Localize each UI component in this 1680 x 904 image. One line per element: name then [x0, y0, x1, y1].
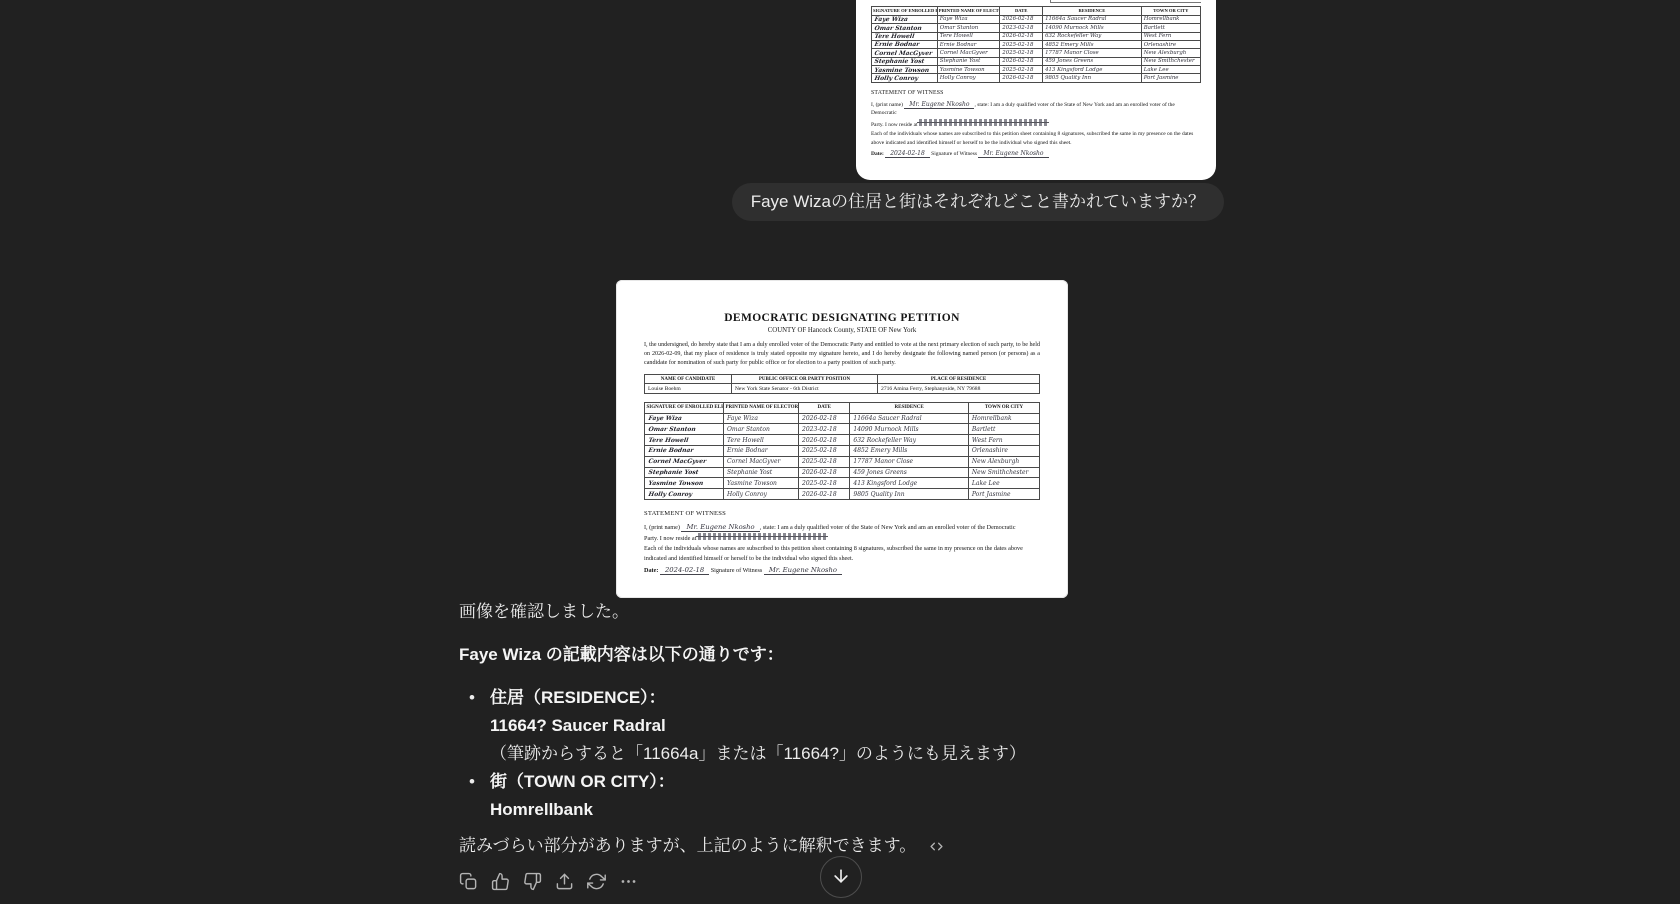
- signature-cell: Cornel MacGyver: [871, 49, 938, 57]
- residence-cell: 11664a Saucer Radral: [850, 413, 969, 424]
- town-cell: New Alexburgh: [1141, 49, 1200, 57]
- bullet-value: 11664? Saucer Radral: [490, 712, 1229, 740]
- date-cell: 2023-02-18: [799, 424, 850, 435]
- signature-cell: Holly Conroy: [871, 74, 938, 82]
- printed-name-cell: Yasmine Towson: [937, 66, 1000, 74]
- thumbs-up-button[interactable]: [487, 868, 514, 895]
- witness-name-handwritten: Mr. Eugene Nkosho: [904, 101, 974, 109]
- candidate-column-header: PLACE OF RESIDENCE: [878, 375, 1040, 384]
- elector-table: SIGNATURE OF ENROLLED ELECTORPRINTED NAM…: [644, 402, 1040, 500]
- elector-row: Cornel MacGyver Cornel MacGyver 2025-02-…: [645, 456, 1040, 467]
- residence-cell: 17787 Manor Close: [1043, 49, 1142, 57]
- candidate-column-header: PUBLIC OFFICE OR PARTY POSITION: [731, 375, 877, 384]
- assistant-bullet-list: • 住居（RESIDENCE）： 11664? Saucer Radral （筆…: [459, 684, 1229, 824]
- signature-cell: Ernie Bodnar: [644, 445, 725, 456]
- town-cell: West Fern: [1141, 32, 1200, 40]
- date-cell: 2025-02-18: [799, 456, 850, 467]
- elector-row: Stephanie Yost Stephanie Yost 2026-02-18…: [872, 57, 1201, 65]
- elector-row: Tere Howell Tere Howell 2026-02-18 632 R…: [645, 435, 1040, 446]
- date-cell: 2023-02-18: [1000, 24, 1043, 32]
- signature-cell: Ernie Bodnar: [871, 40, 938, 48]
- town-cell: Port Jasmine: [968, 489, 1039, 500]
- elector-row: Omar Stanton Omar Stanton 2023-02-18 140…: [872, 24, 1201, 32]
- date-cell: 2025-02-18: [799, 478, 850, 489]
- elector-row: Ernie Bodnar Ernie Bodnar 2025-02-18 485…: [872, 40, 1201, 48]
- signature-cell: Cornel MacGyver: [644, 456, 725, 467]
- elector-column-header: TOWN OR CITY: [968, 403, 1039, 414]
- bullet-note: （筆跡からすると「11664a」または「11664?」のようにも見えます）: [490, 740, 1229, 768]
- signature-cell: Yasmine Towson: [644, 478, 725, 489]
- elector-row: Holly Conroy Holly Conroy 2026-02-18 980…: [872, 74, 1201, 82]
- printed-name-cell: Ernie Bodnar: [937, 40, 1000, 48]
- date-cell: 2025-02-18: [1000, 66, 1043, 74]
- witness-body: Each of the individuals whose names are …: [644, 544, 1040, 563]
- residence-cell: 11664a Saucer Radral: [1043, 15, 1142, 23]
- residence-cell: 14090 Murnock Mills: [850, 424, 969, 435]
- residence-cell: 632 Rockefeller Way: [1043, 32, 1142, 40]
- date-cell: 2026-02-18: [1000, 15, 1043, 23]
- town-cell: New Smithchester: [968, 467, 1039, 478]
- regenerate-icon: [587, 872, 606, 891]
- regenerate-button[interactable]: [583, 868, 610, 895]
- date-cell: 2026-02-18: [1000, 74, 1043, 82]
- code-brackets-icon[interactable]: [930, 834, 943, 862]
- town-cell: Orlenashire: [1141, 40, 1200, 48]
- statement-of-witness: STATEMENT OF WITNESS I, (print name) Mr.…: [644, 509, 1040, 575]
- printed-name-cell: Stephanie Yost: [937, 57, 1000, 65]
- residence-cell: 14090 Murnock Mills: [1043, 24, 1142, 32]
- printed-name-cell: Yasmine Towson: [724, 478, 799, 489]
- elector-column-header: RESIDENCE: [1043, 7, 1142, 16]
- town-cell: Bartlett: [968, 424, 1039, 435]
- candidate-column-header: NAME OF CANDIDATE: [645, 375, 732, 384]
- printed-name-cell: Holly Conroy: [937, 74, 1000, 82]
- signature-cell: Stephanie Yost: [644, 467, 725, 478]
- thumbs-down-button[interactable]: [519, 868, 546, 895]
- date-cell: 2026-02-18: [799, 435, 850, 446]
- printed-name-cell: Faye Wiza: [724, 413, 799, 424]
- signature-cell: Omar Stanton: [871, 24, 938, 32]
- elector-column-header: TOWN OR CITY: [1141, 7, 1200, 16]
- residence-cell: 632 Rockefeller Way: [850, 435, 969, 446]
- cropped-table-edge: [1050, 2, 1201, 3]
- candidate-table: NAME OF CANDIDATEPUBLIC OFFICE OR PARTY …: [644, 374, 1040, 394]
- town-cell: Bartlett: [1141, 24, 1200, 32]
- date-cell: 2025-02-18: [799, 445, 850, 456]
- witness-line2: Party. I now reside at: [871, 122, 918, 128]
- date-label: Date:: [871, 151, 884, 157]
- bullet-value: Homrellbank: [490, 796, 1229, 824]
- petition-preamble: I, the undersigned, do hereby state that…: [644, 341, 1040, 368]
- witness-line1: I, (print name): [871, 102, 903, 108]
- thumbs-down-icon: [523, 872, 542, 891]
- elector-column-header: SIGNATURE OF ENROLLED ELECTOR: [645, 403, 724, 414]
- signature-cell: Stephanie Yost: [871, 57, 938, 65]
- user-message-text: Faye Wizaの住居と街はそれぞれどこと書かれていますか？: [751, 192, 1205, 211]
- thumbs-up-icon: [491, 872, 510, 891]
- arrow-down-icon: [831, 866, 851, 889]
- town-cell: Homrellbank: [1141, 15, 1200, 23]
- bullet-marker: •: [469, 768, 475, 796]
- message-action-bar: [455, 868, 642, 895]
- witness-heading: STATEMENT OF WITNESS: [644, 509, 1040, 519]
- date-cell: 2026-02-18: [1000, 32, 1043, 40]
- printed-name-cell: Holly Conroy: [724, 489, 799, 500]
- residence-cell: 4852 Emery Mills: [1043, 40, 1142, 48]
- signature-cell: Tere Howell: [644, 435, 725, 446]
- bullet-item-town: • 街（TOWN OR CITY）： Homrellbank: [459, 768, 1229, 824]
- residence-cell: 413 Kingsford Lodge: [850, 478, 969, 489]
- bullet-label: 街（TOWN OR CITY）：: [490, 768, 1229, 796]
- residence-cell: 9805 Quality Inn: [850, 489, 969, 500]
- elector-column-header: RESIDENCE: [850, 403, 969, 414]
- elector-row: Faye Wiza Faye Wiza 2026-02-18 11664a Sa…: [872, 15, 1201, 23]
- signature-cell: Yasmine Towson: [871, 66, 938, 74]
- signature-cell: Faye Wiza: [644, 413, 725, 424]
- share-button[interactable]: [551, 868, 578, 895]
- date-cell: 2026-02-18: [799, 467, 850, 478]
- residence-cell: 459 Jones Greens: [850, 467, 969, 478]
- elector-row: Ernie Bodnar Ernie Bodnar 2025-02-18 485…: [645, 445, 1040, 456]
- more-icon: [619, 872, 638, 891]
- signature-cell: Faye Wiza: [871, 15, 938, 23]
- printed-name-cell: Tere Howell: [937, 32, 1000, 40]
- candidate-office-cell: New York State Senator - 6th District: [731, 384, 877, 394]
- town-cell: Orlenashire: [968, 445, 1039, 456]
- uploaded-image-card[interactable]: SIGNATURE OF ENROLLED ELECTORPRINTED NAM…: [856, 0, 1216, 180]
- printed-name-cell: Ernie Bodnar: [724, 445, 799, 456]
- date-handwritten: 2024-02-18: [885, 150, 930, 158]
- residence-cell: 413 Kingsford Lodge: [1043, 66, 1142, 74]
- share-icon: [555, 872, 574, 891]
- elector-row: Stephanie Yost Stephanie Yost 2026-02-18…: [645, 467, 1040, 478]
- printed-name-cell: Stephanie Yost: [724, 467, 799, 478]
- town-cell: New Smithchester: [1141, 57, 1200, 65]
- assistant-outro-text: 読みづらい部分がありますが、上記のように解釈できます。: [459, 836, 916, 855]
- elector-row: Holly Conroy Holly Conroy 2026-02-18 980…: [645, 489, 1040, 500]
- elector-row: Cornel MacGyver Cornel MacGyver 2025-02-…: [872, 49, 1201, 57]
- elector-table: SIGNATURE OF ENROLLED ELECTORPRINTED NAM…: [871, 6, 1201, 83]
- date-cell: 2026-02-18: [799, 489, 850, 500]
- residence-cell: 4852 Emery Mills: [850, 445, 969, 456]
- witness-line2: Party. I now reside at: [644, 535, 696, 542]
- witness-signature-handwritten: Mr. Eugene Nkosho: [764, 566, 842, 575]
- witness-name-handwritten: Mr. Eugene Nkosho: [681, 523, 759, 532]
- signature-cell: Omar Stanton: [644, 424, 725, 435]
- bullet-item-residence: • 住居（RESIDENCE）： 11664? Saucer Radral （筆…: [459, 684, 1229, 768]
- printed-name-cell: Omar Stanton: [937, 24, 1000, 32]
- elector-row: Yasmine Towson Yasmine Towson 2025-02-18…: [872, 66, 1201, 74]
- crossed-out-address: [919, 119, 1047, 126]
- date-cell: 2025-02-18: [1000, 49, 1043, 57]
- more-options-button[interactable]: [615, 868, 642, 895]
- elector-column-header: DATE: [799, 403, 850, 414]
- date-cell: 2026-02-18: [1000, 57, 1043, 65]
- elector-column-header: PRINTED NAME OF ELECTOR: [724, 403, 799, 414]
- town-cell: Lake Lee: [1141, 66, 1200, 74]
- printed-name-cell: Cornel MacGyver: [724, 456, 799, 467]
- date-cell: 2026-02-18: [799, 413, 850, 424]
- bullet-marker: •: [469, 684, 475, 712]
- candidate-row: Louise Boehm New York State Senator - 6t…: [645, 384, 1040, 394]
- printed-name-cell: Tere Howell: [724, 435, 799, 446]
- petition-subtitle: COUNTY OF Hancock County, STATE OF New Y…: [644, 327, 1040, 334]
- witness-heading: STATEMENT OF WITNESS: [871, 89, 1201, 98]
- town-cell: Homrellbank: [968, 413, 1039, 424]
- signature-label: Signature of Witness: [711, 567, 763, 574]
- town-cell: Lake Lee: [968, 478, 1039, 489]
- town-cell: New Alexburgh: [968, 456, 1039, 467]
- residence-cell: 17787 Manor Close: [850, 456, 969, 467]
- witness-line1: I, (print name): [644, 524, 680, 531]
- elector-column-header: PRINTED NAME OF ELECTOR: [937, 7, 1000, 16]
- assistant-heading-text: Faye Wiza の記載内容は以下の通りです：: [459, 641, 1229, 669]
- witness-body: Each of the individuals whose names are …: [871, 130, 1201, 147]
- residence-cell: 9805 Quality Inn: [1043, 74, 1142, 82]
- scroll-to-bottom-button[interactable]: [820, 856, 862, 898]
- response-image-card[interactable]: DEMOCRATIC DESIGNATING PETITION COUNTY O…: [616, 280, 1068, 598]
- bullet-label: 住居（RESIDENCE）：: [490, 684, 1229, 712]
- town-cell: Port Jasmine: [1141, 74, 1200, 82]
- elector-column-header: DATE: [1000, 7, 1043, 16]
- residence-cell: 459 Jones Greens: [1043, 57, 1142, 65]
- copy-icon: [459, 872, 478, 891]
- elector-column-header: SIGNATURE OF ENROLLED ELECTOR: [872, 7, 938, 16]
- crossed-out-address: [698, 533, 826, 540]
- elector-row: Faye Wiza Faye Wiza 2026-02-18 11664a Sa…: [645, 413, 1040, 424]
- elector-row: Yasmine Towson Yasmine Towson 2025-02-18…: [645, 478, 1040, 489]
- date-cell: 2025-02-18: [1000, 40, 1043, 48]
- witness-signature-handwritten: Mr. Eugene Nkosho: [978, 150, 1048, 158]
- user-message-bubble: Faye Wizaの住居と街はそれぞれどこと書かれていますか？: [732, 183, 1224, 221]
- assistant-intro-text: 画像を確認しました。: [459, 598, 1229, 626]
- signature-label: Signature of Witness: [931, 151, 977, 157]
- printed-name-cell: Omar Stanton: [724, 424, 799, 435]
- statement-of-witness: STATEMENT OF WITNESS I, (print name) Mr.…: [871, 89, 1201, 159]
- date-label: Date:: [644, 567, 658, 574]
- town-cell: West Fern: [968, 435, 1039, 446]
- date-handwritten: 2024-02-18: [660, 566, 709, 575]
- copy-button[interactable]: [455, 868, 482, 895]
- candidate-residence-cell: 2716 Amina Ferry, Stephanyside, NY 79688: [878, 384, 1040, 394]
- signature-cell: Holly Conroy: [644, 489, 725, 500]
- printed-name-cell: Cornel MacGyver: [937, 49, 1000, 57]
- printed-name-cell: Faye Wiza: [937, 15, 1000, 23]
- elector-row: Omar Stanton Omar Stanton 2023-02-18 140…: [645, 424, 1040, 435]
- petition-title: DEMOCRATIC DESIGNATING PETITION: [644, 312, 1040, 324]
- candidate-name-cell: Louise Boehm: [645, 384, 732, 394]
